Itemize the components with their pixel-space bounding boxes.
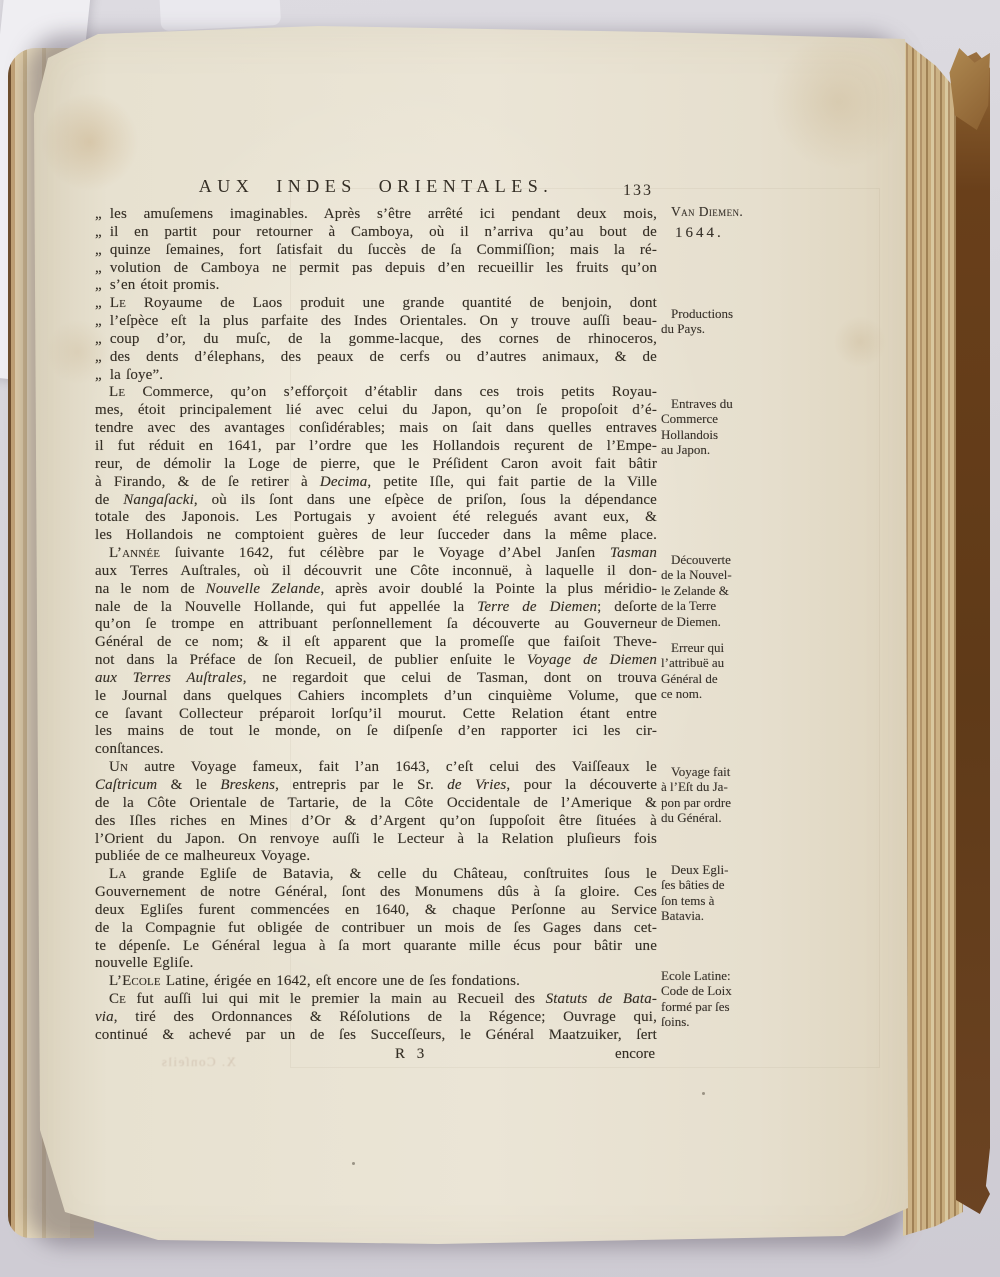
text-line: publiée de ce malheureux Voyage. [95, 848, 657, 866]
text-line: à Firando, & de ſe retirer à Decima, pet… [95, 474, 657, 492]
small-caps-text: Un [109, 759, 128, 775]
catchword: encore [615, 1045, 655, 1063]
margin-note-line: Général de [661, 671, 761, 686]
margin-note-line: Productions [661, 306, 761, 321]
text-line: deux Egliſes furent commencées en 1640, … [95, 902, 657, 920]
text-line: „il en partit pour retourner à Camboya, … [95, 224, 657, 242]
text-line: L’Ecole Latine, érigée en 1642, eſt enco… [95, 973, 657, 991]
text-line: des Iſles riches en Mines d’Or & d’Argen… [95, 813, 657, 831]
margin-note: Ecole Latine:Code de Loixformé par ſesſo… [661, 968, 761, 1030]
margin-note-line: Deux Egli- [661, 862, 761, 877]
signature-mark: R 3 [395, 1045, 428, 1063]
margin-note-line: 1644. [661, 226, 761, 241]
margin-note-line: Code de Loix [661, 983, 761, 998]
margin-note-line: l’attribuë au [661, 655, 761, 670]
text-line: La grande Egliſe de Batavia, & celle du … [95, 866, 657, 884]
margin-note-line: ſes bâties de [661, 877, 761, 892]
text-line: de la Côte Orientale de Tartarie, de la … [95, 795, 657, 813]
text-line: na le nom de Nouvelle Zelande, après avo… [95, 581, 657, 599]
text-line: Le Commerce, qu’on s’efforçoit d’établir… [95, 384, 657, 402]
margin-note-line: Découverte [661, 552, 761, 567]
text-line: l’Orient du Japon. On renvoye auſſi le L… [95, 831, 657, 849]
margin-note: 1644. [661, 226, 761, 241]
italic-text: aux Terres Auſtrales [95, 670, 243, 686]
text-line: les mains de tout le monde, on ſe diſpen… [95, 723, 657, 741]
text-line: de la Compagnie fut obligée de contribue… [95, 920, 657, 938]
text-line: „volution de Camboya ne permit pas depui… [95, 260, 657, 278]
text-line: nale de la Nouvelle Hollande, qui fut ap… [95, 599, 657, 617]
text-line: le Journal dans quelques Cahiers incompl… [95, 688, 657, 706]
text-line: conſtances. [95, 741, 657, 759]
text-line: „des dents d’élephans, des peaux de cerf… [95, 349, 657, 367]
margin-note-line: Voyage fait [661, 764, 761, 779]
text-line: „les amuſemens imaginables. Après s’être… [95, 206, 657, 224]
text-line: Général de ce nom; & il eſt apparent que… [95, 634, 657, 652]
margin-note: Deux Egli-ſes bâties deſon tems àBatavia… [661, 862, 761, 924]
quote-mark: „ [95, 295, 102, 311]
text-line: les Hollandois ne comptoient guères de l… [95, 527, 657, 545]
italic-text: Tasman [610, 545, 657, 561]
margin-note-line: Ecole Latine: [661, 968, 761, 983]
text-line: not dans la Préface de ſon Recueil, de p… [95, 652, 657, 670]
page-header-title: AUX INDES ORIENTALES. [199, 176, 554, 196]
small-caps-text: L’année [109, 545, 160, 561]
small-caps-text: La [109, 866, 126, 882]
margin-note-line: Hollandois [661, 427, 761, 442]
text-line: nouvelle Egliſe. [95, 955, 657, 973]
text-line: Un autre Voyage fameux, fait l’an 1643, … [95, 759, 657, 777]
text-line: „coup d’or, du muſc, de la gomme-lacque,… [95, 331, 657, 349]
margin-note-line: Commerce [661, 411, 761, 426]
text-line: mes, étoit principalement lié avec celui… [95, 402, 657, 420]
margin-note-line: du Pays. [661, 321, 761, 336]
dust-speck [352, 1162, 355, 1165]
text-line: de Nangaſacki, où ils ſont dans une eſpè… [95, 492, 657, 510]
text-line: „s’en étoit promis. [95, 277, 657, 295]
text-line: aux Terres Auſtrales, ne regardoit que c… [95, 670, 657, 688]
text-line: „quinze ſemaines, fort ſatisfait du ſucc… [95, 242, 657, 260]
margin-note: Erreur quil’attribuë auGénéral dece nom. [661, 640, 761, 702]
margin-note-line: formé par ſes [661, 999, 761, 1014]
italic-text: Nangaſacki [123, 492, 194, 508]
text-line: Gouvernement de notre Général, ſont des … [95, 884, 657, 902]
margin-note-line: ce nom. [661, 686, 761, 701]
margin-note-line: pon par ordre [661, 795, 761, 810]
text-line: ce ſavant Collecteur préparoit lorſqu’il… [95, 706, 657, 724]
margin-note-line: le Zelande & [661, 583, 761, 598]
margin-note-line: ſon tems à [661, 893, 761, 908]
margin-note-line: au Japon. [661, 442, 761, 457]
italic-text: Voyage de Diemen [527, 652, 657, 668]
margin-note-line: Van Diemen. [661, 204, 761, 219]
text-line: il fut réduit en 1641, par l’ordre que l… [95, 438, 657, 456]
margin-note-line: de Diemen. [661, 614, 761, 629]
margin-note: Entraves duCommerceHollandoisau Japon. [661, 396, 761, 458]
dust-speck [702, 1092, 705, 1095]
quote-mark: „ [95, 349, 102, 365]
photo-of-book: { "photo": { "background_hex": "#d6d4da"… [0, 0, 1000, 1277]
quote-mark: „ [95, 277, 102, 293]
small-caps-text: Le [110, 295, 126, 311]
quote-mark: „ [95, 260, 102, 276]
text-line: Caſtricum & le Breskens, entrepris par l… [95, 777, 657, 795]
small-caps-text: L’Ecole [109, 973, 161, 989]
quote-mark: „ [95, 331, 102, 347]
text-line: tendre avec des avantages conſidérables;… [95, 420, 657, 438]
text-line: aux Terres Auſtrales, où il découvrit un… [95, 563, 657, 581]
book-cover-spine [956, 52, 990, 1214]
quote-mark: „ [95, 367, 102, 383]
quote-mark: „ [95, 242, 102, 258]
text-line: L’année ſuivante 1642, fut célèbre par l… [95, 545, 657, 563]
quote-mark: „ [95, 313, 102, 329]
italic-text: de Vries [447, 777, 506, 793]
italic-text: Breskens [220, 777, 275, 793]
margin-note: Van Diemen. [661, 204, 761, 219]
body-text: „les amuſemens imaginables. Après s’être… [95, 206, 657, 1045]
italic-text: Decima [320, 474, 368, 490]
text-line: reur, de démolir la Loge de pierre, que … [95, 456, 657, 474]
text-line: totale des Japonois. Les Portugais y avo… [95, 509, 657, 527]
text-block: AUX INDES ORIENTALES. 133 „les amuſemens… [95, 176, 657, 1063]
fore-edge-page-stack [903, 40, 963, 1238]
margin-note-line: Entraves du [661, 396, 761, 411]
small-caps-text: Ce [109, 991, 126, 1007]
quote-mark: „ [95, 206, 102, 222]
margin-note-line: de la Terre [661, 598, 761, 613]
page-number: 133 [623, 182, 653, 200]
text-line: „l’eſpèce eſt la plus parfaite des Indes… [95, 313, 657, 331]
margin-note-line: Batavia. [661, 908, 761, 923]
running-header: AUX INDES ORIENTALES. 133 [95, 176, 657, 202]
margin-note-line: de la Nouvel- [661, 567, 761, 582]
italic-text: Caſtricum [95, 777, 157, 793]
text-line: via, tiré des Ordonnances & Réſolutions … [95, 1009, 657, 1027]
margin-note-line: ſoins. [661, 1014, 761, 1029]
text-line: „la ſoye”. [95, 367, 657, 385]
italic-text: Terre de Diemen [477, 599, 597, 615]
italic-text: Statuts de Bata- [546, 991, 657, 1007]
margin-note-line: du Général. [661, 810, 761, 825]
tissue-paper-top [159, 0, 281, 31]
quote-mark: „ [95, 224, 102, 240]
text-line: qu’on ſe trompe en attribuant perſonnell… [95, 616, 657, 634]
text-line: Ce fut auſſi lui qui mit le premier la m… [95, 991, 657, 1009]
italic-text: Nouvelle Zelande [206, 581, 321, 597]
italic-text: via [95, 1009, 114, 1025]
margin-note: Productionsdu Pays. [661, 306, 761, 337]
text-line: te dépenſe. Le Général legua à ſa mort q… [95, 938, 657, 956]
text-line: „Le Royaume de Laos produit une grande q… [95, 295, 657, 313]
margin-note: Découvertede la Nouvel-le Zelande &de la… [661, 552, 761, 629]
text-line: continué & achevé par un de ſes Succeſſe… [95, 1027, 657, 1045]
margin-note-line: à l’Eſt du Ja- [661, 779, 761, 794]
small-caps-text: Le [109, 384, 125, 400]
margin-note: Voyage faità l’Eſt du Ja-pon par ordredu… [661, 764, 761, 826]
margin-note-line: Erreur qui [661, 640, 761, 655]
show-through-text: X. Conſeils [86, 1054, 236, 1070]
